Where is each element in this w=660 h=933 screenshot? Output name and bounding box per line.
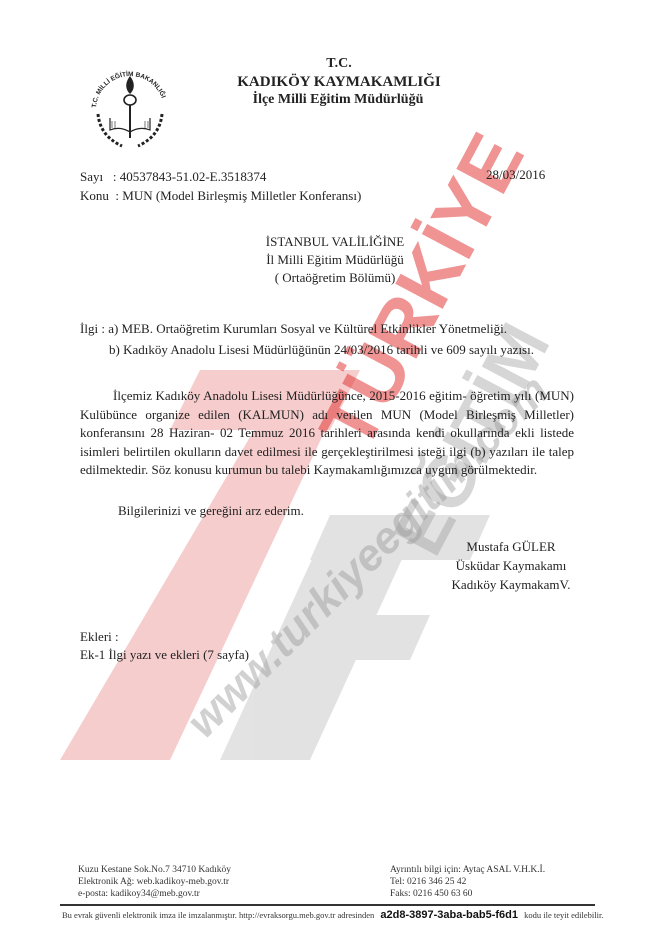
footer-network: Elektronik Ağ: web.kadikoy-meb.gov.tr	[78, 876, 231, 888]
ilgi-label: İlgi	[80, 321, 98, 336]
document-meta: Sayı : 40537843-51.02-E.3518374 Konu : M…	[80, 167, 361, 205]
signatory-title-2: Kadıköy KaymakamV.	[446, 575, 576, 594]
addressee: İSTANBUL VALİLİĞİNE İl Milli Eğitim Müdü…	[0, 233, 660, 287]
signatory-title-1: Üsküdar Kaymakamı	[446, 556, 576, 575]
document-date: 28/03/2016	[486, 167, 545, 183]
attachments: Ekleri : Ek-1 İlgi yazı ve ekleri (7 say…	[80, 628, 249, 664]
footer-contact: Ayrıntılı bilgi için: Aytaç ASAL V.H.K.İ…	[390, 864, 545, 900]
sayi-value: 40537843-51.02-E.3518374	[120, 169, 267, 184]
footer-email: e-posta: kadikoy34@meb.gov.tr	[78, 888, 231, 900]
letterhead: T.C. KADIKÖY KAYMAKAMLIĞI İlçe Milli Eği…	[0, 55, 660, 109]
addressee-line-2: İl Milli Eğitim Müdürlüğü	[10, 251, 660, 269]
addressee-line-1: İSTANBUL VALİLİĞİNE	[10, 233, 660, 251]
verification-code: a2d8-3897-3aba-bab5-f6d1	[380, 909, 518, 921]
konu-line: Konu : MUN (Model Birleşmiş Milletler Ko…	[80, 186, 361, 205]
sayi-line: Sayı : 40537843-51.02-E.3518374	[80, 167, 361, 186]
header-kaymakamlik: KADIKÖY KAYMAKAMLIĞI	[18, 73, 660, 91]
reference-section: İlgi : a) MEB. Ortaöğretim Kurumları Sos…	[80, 318, 534, 360]
header-directorate: İlçe Milli Eğitim Müdürlüğü	[16, 91, 660, 109]
footer-fax: Faks: 0216 450 63 60	[390, 888, 545, 900]
attachment-item: Ek-1 İlgi yazı ve ekleri (7 sayfa)	[80, 646, 249, 664]
signatory-name: Mustafa GÜLER	[446, 537, 576, 556]
footer-contact-person: Ayrıntılı bilgi için: Aytaç ASAL V.H.K.İ…	[390, 864, 545, 876]
footer-address: Kuzu Kestane Sok.No.7 34710 Kadıköy Elek…	[78, 864, 231, 900]
konu-value: MUN (Model Birleşmiş Milletler Konferans…	[122, 188, 361, 203]
e-signature-note: Bu evrak güvenli elektronik imza ile imz…	[62, 909, 603, 921]
reference-b: b) Kadıköy Anadolu Lisesi Müdürlüğünün 2…	[80, 339, 534, 360]
signature-block: Mustafa GÜLER Üsküdar Kaymakamı Kadıköy …	[446, 537, 576, 594]
footer-street: Kuzu Kestane Sok.No.7 34710 Kadıköy	[78, 864, 231, 876]
footer-phone: Tel: 0216 346 25 42	[390, 876, 545, 888]
closing-line: Bilgilerinizi ve gereğini arz ederim.	[118, 503, 304, 519]
sayi-label: Sayı	[80, 169, 103, 184]
reference-a: İlgi : a) MEB. Ortaöğretim Kurumları Sos…	[80, 318, 534, 339]
addressee-line-3: ( Ortaöğretim Bölümü)	[10, 269, 660, 287]
body-paragraph: İlçemiz Kadıköy Anadolu Lisesi Müdürlüğü…	[80, 387, 574, 480]
konu-label: Konu	[80, 188, 109, 203]
footer-divider	[60, 904, 595, 906]
header-tc: T.C.	[18, 55, 660, 73]
attachments-label: Ekleri :	[80, 628, 249, 646]
